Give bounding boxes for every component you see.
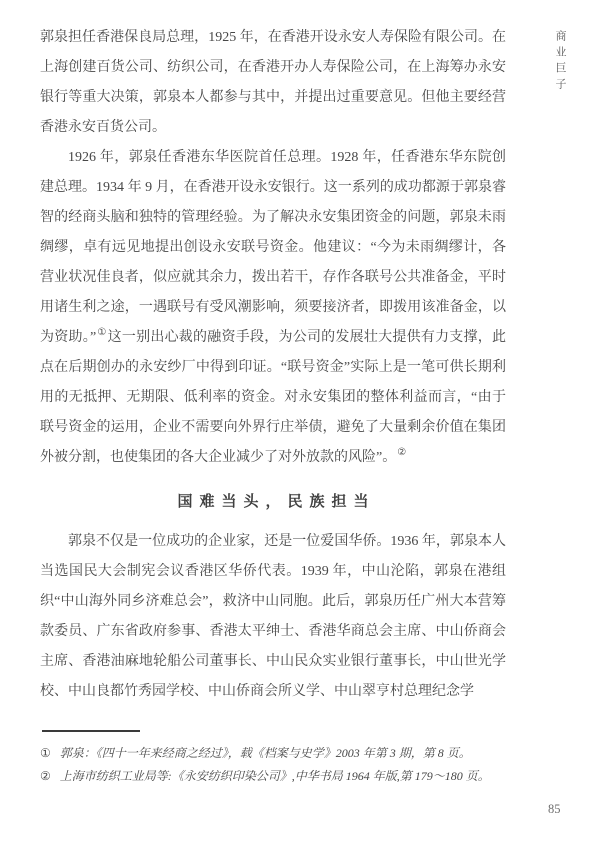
section-heading: 国难当头，民族担当: [40, 487, 506, 517]
footnote-reference: ①: [97, 327, 106, 338]
main-text-column: 郭泉担任香港保良局总理，1925 年，在香港开设永安人寿保险有限公司。在上海创建…: [40, 23, 506, 707]
side-running-header: 商业巨子: [552, 30, 568, 94]
footnote-marker: ①: [40, 742, 51, 765]
footnote-text: 郭泉：《四十一年来经商之经过》，载《档案与史学》2003 年第 3 期，第 8 …: [60, 742, 508, 765]
text-run: 郭泉不仅是一位成功的企业家，还是一位爱国华侨。1936 年，郭泉本人当选国民大会…: [40, 534, 506, 699]
footnote: ② 上海市纺织工业局等:《永安纺织印染公司》,中华书局 1964 年版,第 17…: [40, 765, 508, 788]
footnote-separator-rule: [42, 730, 140, 732]
text-run: 这一别出心裁的融资手段，为公司的发展壮大提供有力支撑，此点在后期创办的永安纱厂中…: [40, 330, 506, 465]
book-page: 商业巨子 郭泉担任香港保良局总理，1925 年，在香港开设永安人寿保险有限公司。…: [0, 0, 603, 848]
body-paragraph-continuation: 郭泉担任香港保良局总理，1925 年，在香港开设永安人寿保险有限公司。在上海创建…: [40, 23, 506, 143]
footnote-text: 上海市纺织工业局等:《永安纺织印染公司》,中华书局 1964 年版,第 179～…: [60, 765, 508, 788]
text-run: 1926 年，郭泉任香港东华医院首任总理。1928 年，任香港东华东院创建总理。…: [40, 150, 506, 345]
footnotes-area: ① 郭泉：《四十一年来经商之经过》，载《档案与史学》2003 年第 3 期，第 …: [40, 730, 508, 788]
body-paragraph: 郭泉不仅是一位成功的企业家，还是一位爱国华侨。1936 年，郭泉本人当选国民大会…: [40, 527, 506, 707]
page-number: 85: [548, 802, 561, 817]
footnote: ① 郭泉：《四十一年来经商之经过》，载《档案与史学》2003 年第 3 期，第 …: [40, 742, 508, 765]
body-paragraph: 1926 年，郭泉任香港东华医院首任总理。1928 年，任香港东华东院创建总理。…: [40, 143, 506, 473]
footnote-marker: ②: [40, 765, 51, 788]
text-run: 郭泉担任香港保良局总理，1925 年，在香港开设永安人寿保险有限公司。在上海创建…: [40, 30, 506, 135]
footnote-reference: ②: [397, 447, 406, 458]
